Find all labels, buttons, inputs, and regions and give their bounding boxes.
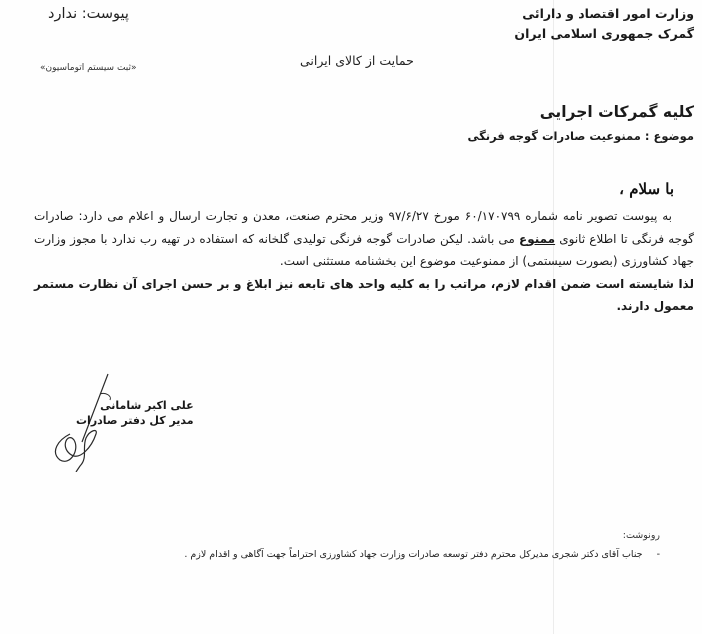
- attachment-status: پیوست: ندارد: [48, 6, 129, 22]
- letter-subject: موضوع : ممنوعیت صادرات گوجه فرنگی: [467, 129, 694, 143]
- ministry-name: وزارت امور اقتصاد و دارائی: [514, 4, 694, 24]
- signer-title: مدیر کل دفتر صادرات: [76, 413, 194, 428]
- emphasis-prohibited: ممنوع: [519, 232, 555, 246]
- letter-page: وزارت امور اقتصاد و دارائی گمرک جمهوری ا…: [0, 0, 702, 634]
- body-paragraph-1: به پیوست تصویر نامه شماره ۶۰/۱۷۰۷۹۹ مورخ…: [34, 205, 694, 273]
- cc-label: رونوشت:: [623, 530, 660, 541]
- cc-bullet: -: [657, 549, 660, 560]
- letter-recipient: کلیه گمرکات اجرایی: [540, 103, 694, 121]
- customs-name: گمرک جمهوری اسلامی ایران: [514, 24, 694, 44]
- slogan: حمایت از کالای ایرانی: [300, 53, 414, 68]
- signer-block: علی اکبر شامانی مدیر کل دفتر صادرات: [76, 398, 194, 428]
- ministry-header: وزارت امور اقتصاد و دارائی گمرک جمهوری ا…: [514, 4, 694, 44]
- automation-registration-note: «ثبت سیستم اتوماسیون»: [40, 63, 137, 73]
- greeting: با سلام ،: [619, 180, 674, 198]
- letter-body: به پیوست تصویر نامه شماره ۶۰/۱۷۰۷۹۹ مورخ…: [34, 205, 694, 318]
- cc-list-item: -جناب آقای دکتر شجری مدیرکل محترم دفتر ت…: [184, 549, 660, 560]
- signer-name: علی اکبر شامانی: [76, 398, 194, 413]
- body-paragraph-2: لذا شایسته است ضمن اقدام لازم، مراتب را …: [34, 273, 694, 318]
- cc-text: جناب آقای دکتر شجری مدیرکل محترم دفتر تو…: [184, 549, 642, 560]
